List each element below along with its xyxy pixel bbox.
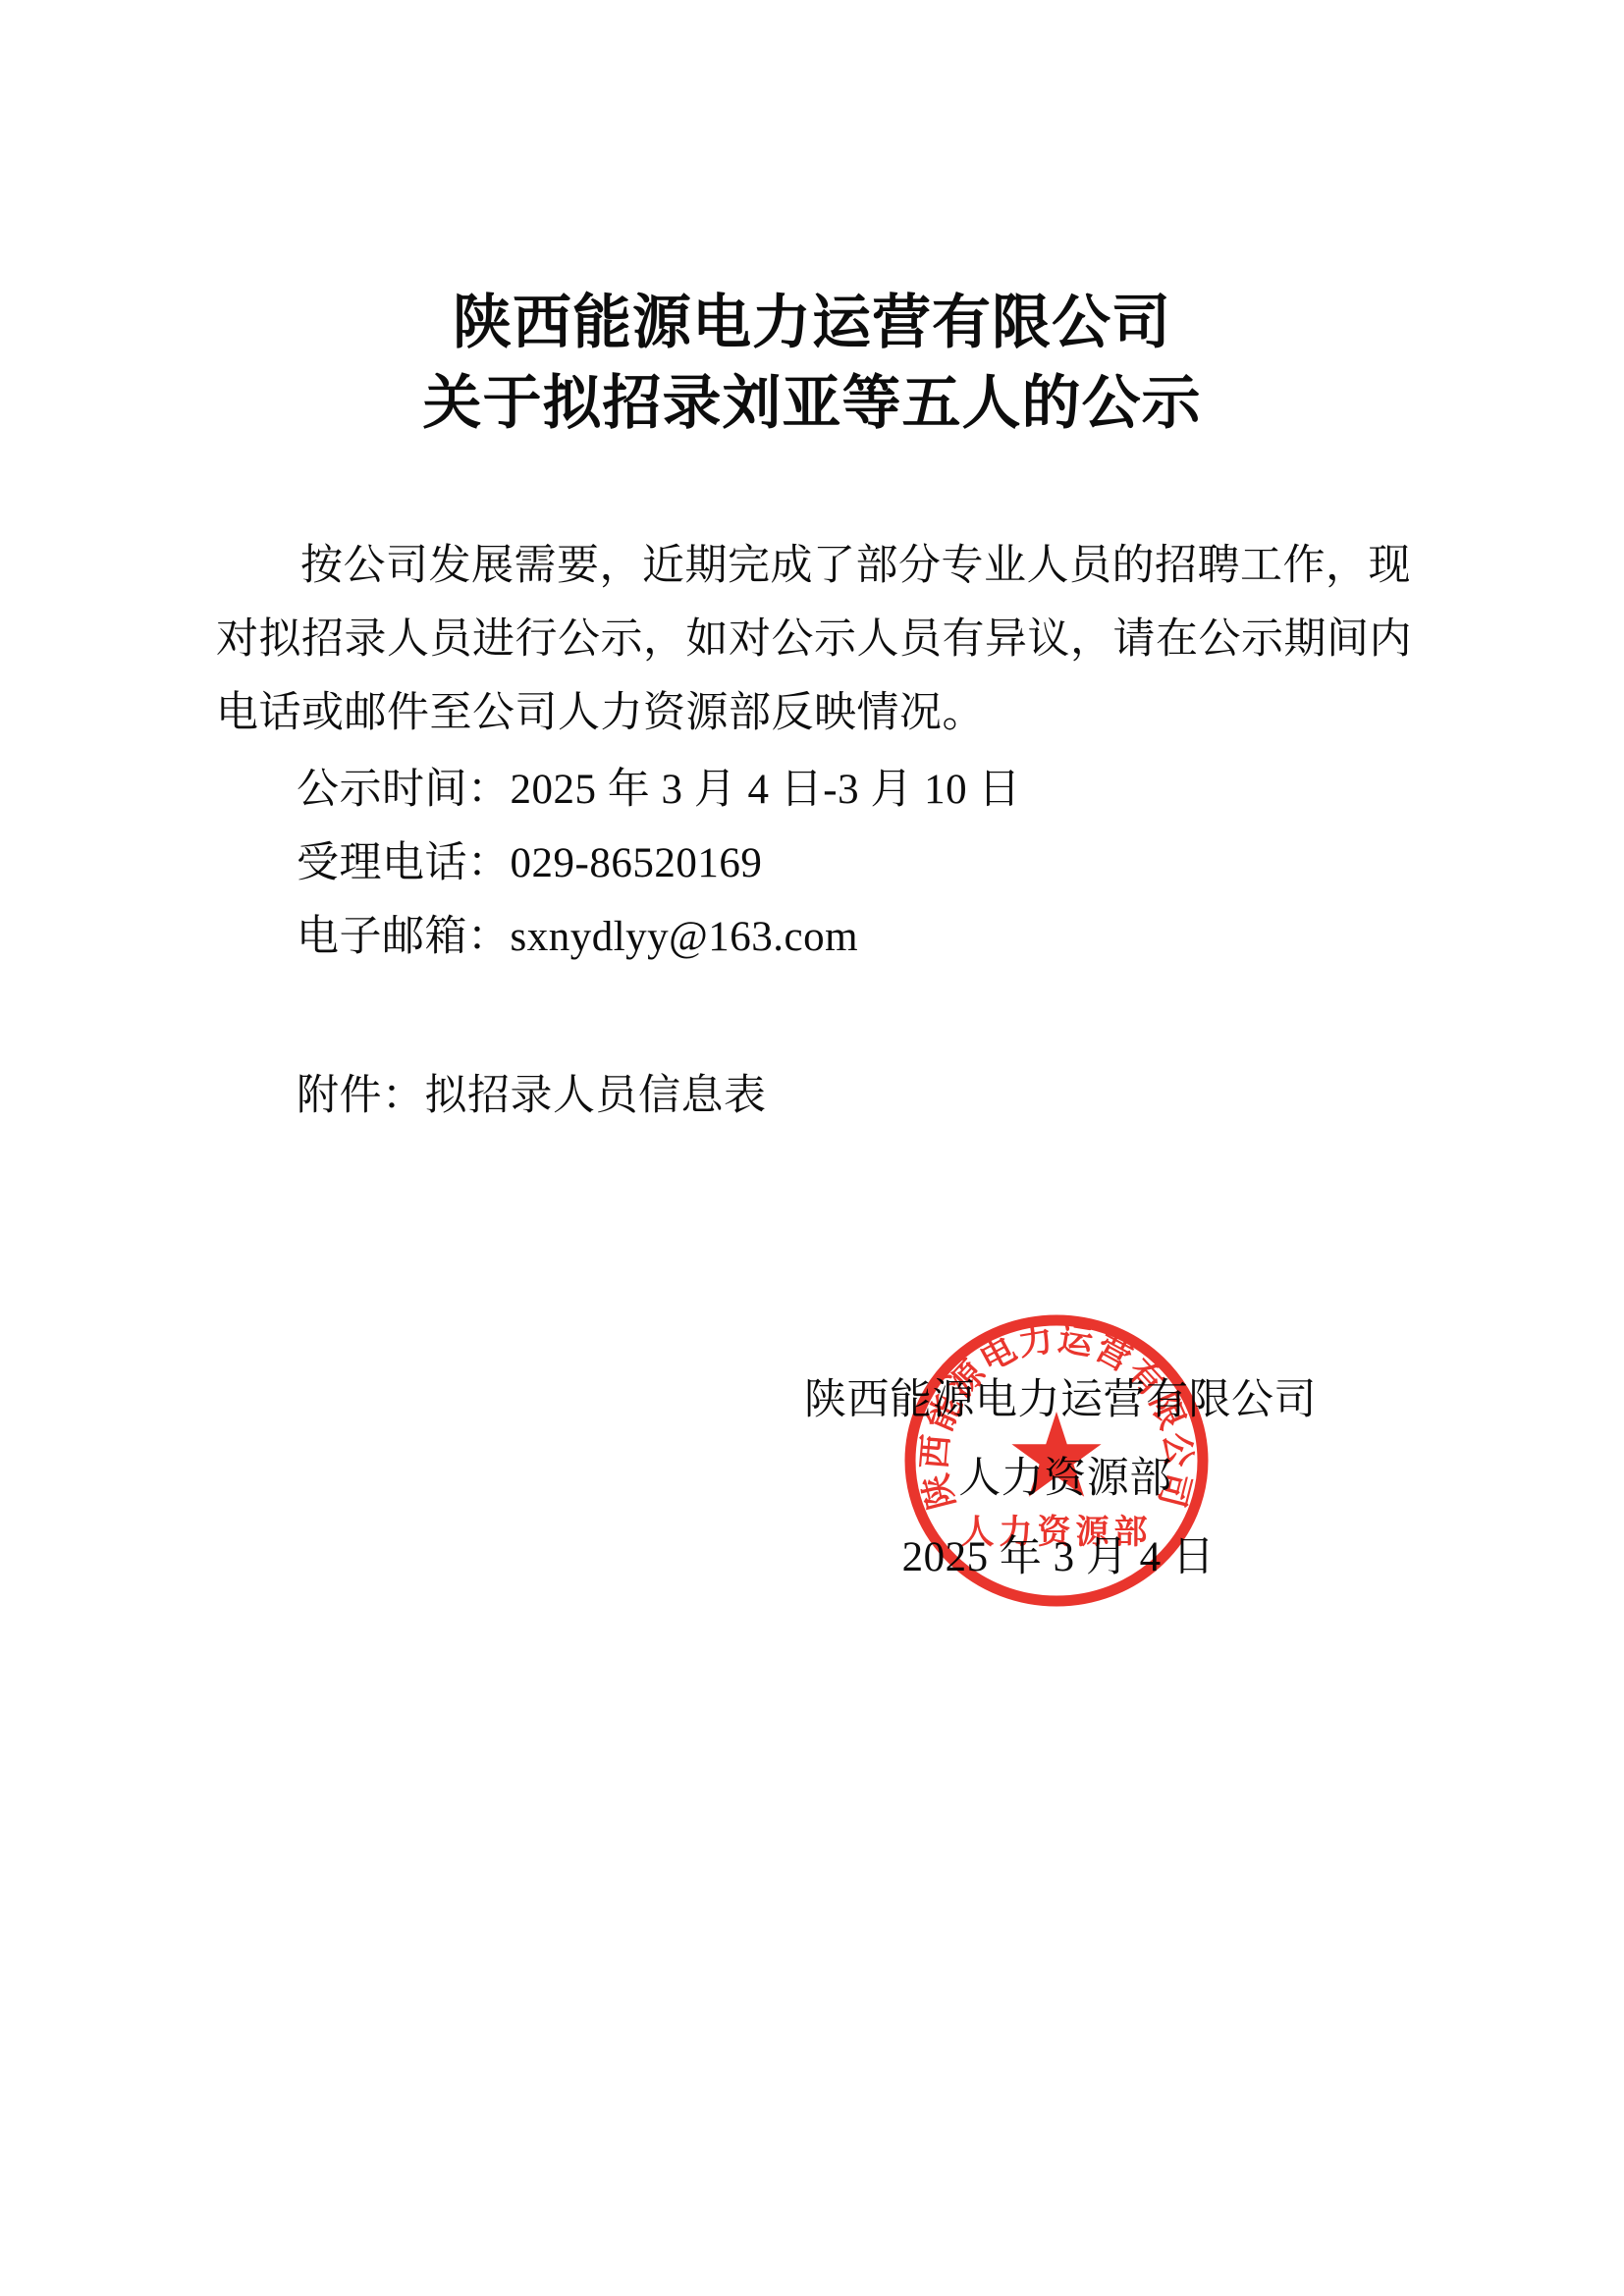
attachment-line: 附件：拟招录人员信息表 (297, 1071, 767, 1122)
document-title-line-2: 关于拟招录刘亚等五人的公示 (0, 370, 1624, 437)
document-page: { "page": { "title": { "line1": "陕西能源电力运… (0, 0, 1624, 2296)
seal-star-icon (1011, 1412, 1101, 1497)
phone-line: 受理电话：029-86520169 (297, 838, 762, 889)
paragraph-line: 对拟招录人员进行公示，如对公示人员有异议，请在公示期间内 (216, 614, 1412, 666)
publicity-period-line: 公示时间：2025 年 3 月 4 日-3 月 10 日 (297, 765, 1021, 816)
paragraph-line: 电话或邮件至公司人力资源部反映情况。 (216, 688, 985, 739)
document-title-line-1: 陕西能源电力运营有限公司 (0, 290, 1624, 356)
company-seal-stamp: 陕西能源电力运营有限公司 人力资源部 (890, 1294, 1223, 1628)
seal-bottom-text: 人力资源部 (961, 1514, 1153, 1551)
paragraph-line: 按公司发展需要，近期完成了部分专业人员的招聘工作，现 (300, 541, 1411, 592)
email-line: 电子邮箱：sxnydlyy@163.com (297, 912, 858, 963)
